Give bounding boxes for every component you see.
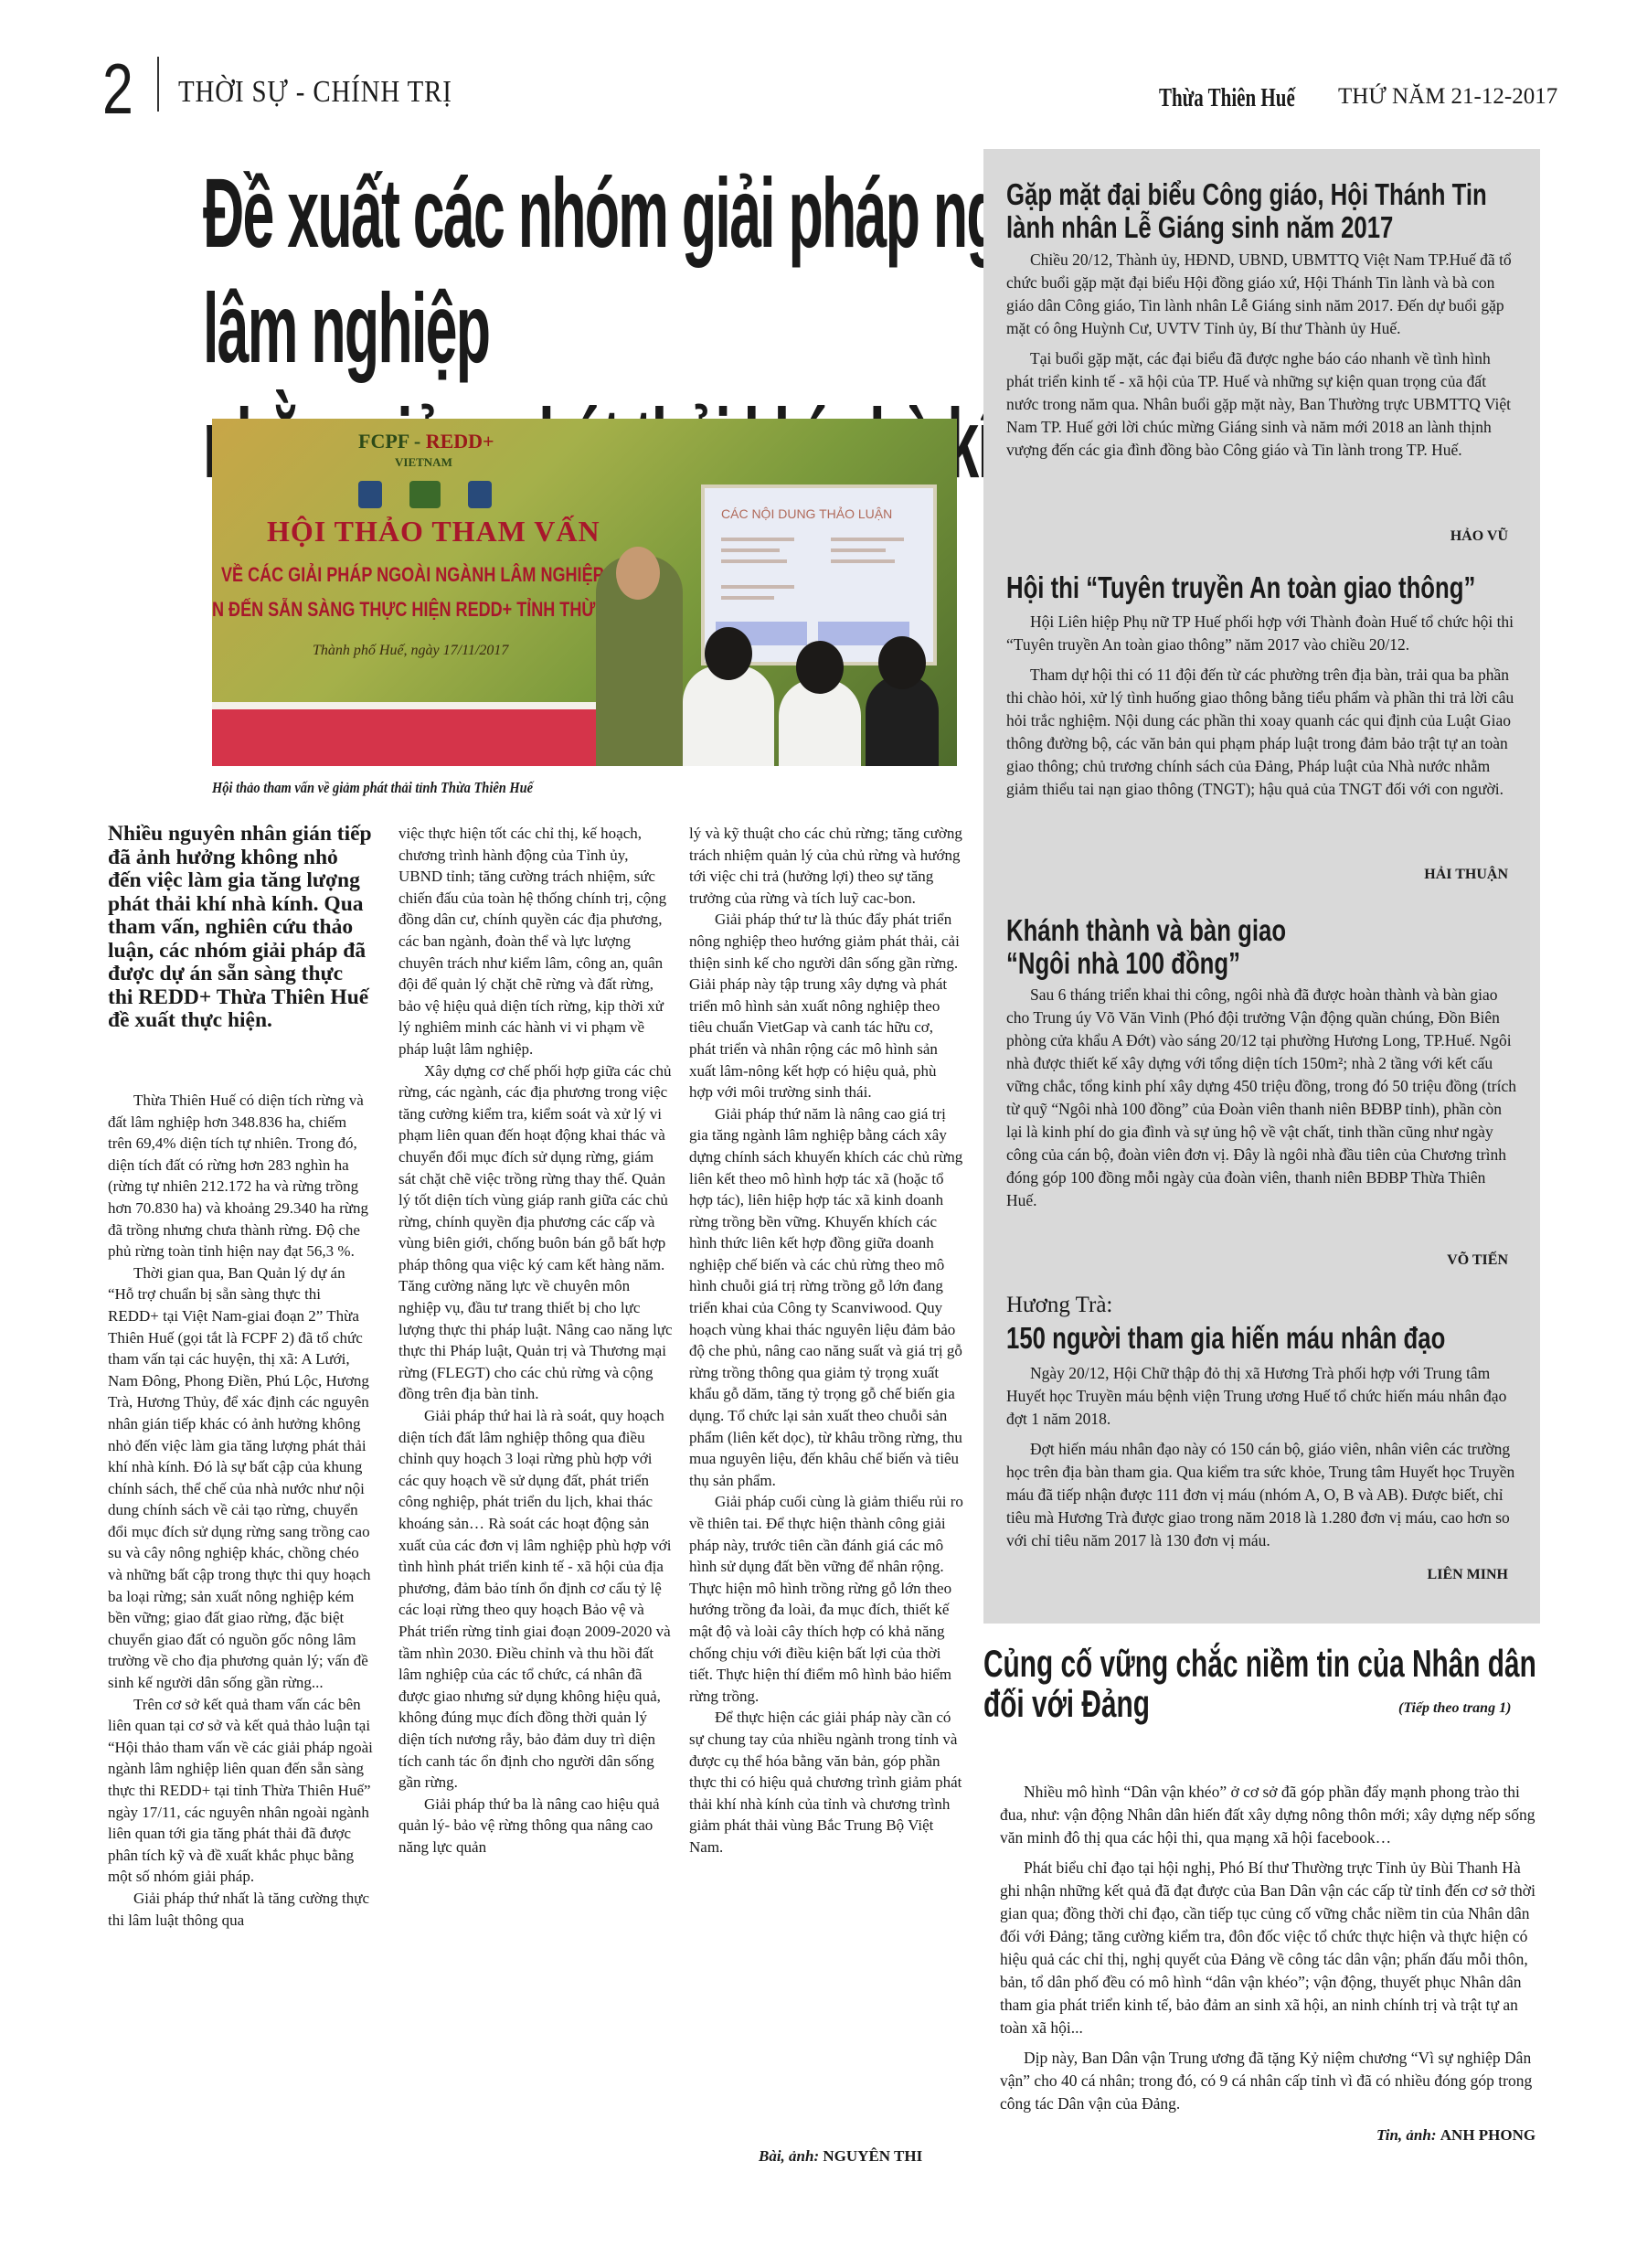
attendee-figure [779, 679, 861, 766]
photo-banner-title: HỘI THẢO THAM VẤN [267, 515, 600, 548]
masthead: Thừa Thiên Huế [1159, 84, 1295, 113]
brief-body: Chiều 20/12, Thành ủy, HĐND, UBND, UBMTT… [1006, 249, 1518, 469]
paragraph: Giải pháp thứ hai là rà soát, quy hoạch … [398, 1405, 673, 1794]
continued-article-byline: Tin, ảnh: ANH PHONG [1376, 2126, 1535, 2145]
brief-title: 150 người tham gia hiến máu nhân đạo [1006, 1322, 1520, 1355]
logo-icon [409, 481, 441, 508]
red-table [212, 709, 596, 766]
brief-body: Sau 6 tháng triển khai thi công, ngôi nh… [1006, 984, 1518, 1219]
section-title: THỜI SỰ - CHÍNH TRỊ [178, 75, 452, 110]
header-divider [157, 57, 159, 112]
logo-icon [468, 481, 492, 508]
brief-title: Hội thi “Tuyên truyền An toàn giao thông… [1006, 571, 1520, 604]
paragraph: Dịp này, Ban Dân vận Trung ương đã tặng … [1000, 2047, 1539, 2115]
brief-title: Gặp mặt đại biểu Công giáo, Hội Thánh Ti… [1006, 178, 1520, 244]
article-column-1: Thừa Thiên Huế có diện tích rừng và đất … [108, 1090, 373, 1931]
article-column-2: việc thực hiện tốt các chỉ thị, kế hoạch… [398, 823, 673, 1858]
brief-body: Hội Liên hiệp Phụ nữ TP Huế phối hợp với… [1006, 611, 1518, 808]
attendee-figure [866, 675, 939, 766]
photo-logos [358, 481, 492, 508]
photo-banner-org: FCPF - REDD+ [358, 430, 494, 453]
paragraph: Thừa Thiên Huế có diện tích rừng và đất … [108, 1090, 373, 1262]
brief-body: Ngày 20/12, Hội Chữ thập đỏ thị xã Hương… [1006, 1362, 1518, 1560]
page-number: 2 [102, 53, 133, 124]
paragraph: Trên cơ sở kết quả tham vấn các bên liên… [108, 1694, 373, 1888]
publication-date: THỨ NĂM 21-12-2017 [1338, 84, 1557, 110]
brief-title: Khánh thành và bàn giao “Ngôi nhà 100 đồ… [1006, 914, 1306, 980]
paragraph: lý và kỹ thuật cho các chủ rừng; tăng cư… [689, 823, 963, 909]
article-column-3: lý và kỹ thuật cho các chủ rừng; tăng cư… [689, 823, 963, 1858]
paragraph: Nhiều mô hình “Dân vận khéo” ở cơ sở đã … [1000, 1781, 1539, 1849]
attendee-figure [683, 665, 774, 766]
article-byline: Bài, ảnh: NGUYÊN THI [759, 2147, 922, 2166]
paragraph: Thời gian qua, Ban Quản lý dự án “Hỗ trợ… [108, 1262, 373, 1694]
screen-title: CÁC NỘI DUNG THẢO LUẬN [721, 506, 892, 521]
paragraph: Giải pháp thứ tư là thúc đẩy phát triển … [689, 909, 963, 1102]
paragraph: Để thực hiện các giải pháp này cần có sự… [689, 1707, 963, 1858]
paragraph: Phát biểu chỉ đạo tại hội nghị, Phó Bí t… [1000, 1857, 1539, 2039]
brief-author: HẢO VŨ [1450, 528, 1508, 545]
paragraph: Giải pháp cuối cùng là giảm thiểu rủi ro… [689, 1491, 963, 1707]
article-photo: FCPF - REDD+ VIETNAM HỘI THẢO THAM VẤN V… [212, 419, 957, 766]
photo-banner-sub1: VỀ CÁC GIẢI PHÁP NGOÀI NGÀNH LÂM NGHIỆP [221, 563, 604, 587]
photo-banner-country: VIETNAM [395, 455, 452, 470]
brief-author: HẢI THUẬN [1424, 867, 1508, 883]
continued-article-body: Nhiều mô hình “Dân vận khéo” ở cơ sở đã … [1000, 1781, 1539, 2123]
continued-from-note: (Tiếp theo trang 1) [1398, 1700, 1511, 1717]
photo-banner-place: Thành phố Huế, ngày 17/11/2017 [313, 643, 508, 659]
photo-caption: Hội thảo tham vấn về giảm phát thải tỉnh… [212, 779, 533, 797]
logo-icon [358, 481, 382, 508]
paragraph: Giải pháp thứ ba là nâng cao hiệu quả qu… [398, 1794, 673, 1858]
brief-author: LIÊN MINH [1428, 1567, 1508, 1583]
paragraph: việc thực hiện tốt các chỉ thị, kế hoạch… [398, 823, 673, 1060]
brief-kicker: Hương Trà: [1006, 1293, 1112, 1318]
brief-author: VÕ TIẾN [1447, 1252, 1508, 1269]
article-lead: Nhiều nguyên nhân gián tiếp đã ảnh hưởng… [108, 823, 373, 1033]
paragraph: Giải pháp thứ năm là nâng cao giá trị gi… [689, 1103, 963, 1492]
paragraph: Xây dựng cơ chế phối hợp giữa các chủ rừ… [398, 1060, 673, 1406]
paragraph: Giải pháp thứ nhất là tăng cường thực th… [108, 1888, 373, 1931]
speaker-figure [596, 556, 683, 766]
